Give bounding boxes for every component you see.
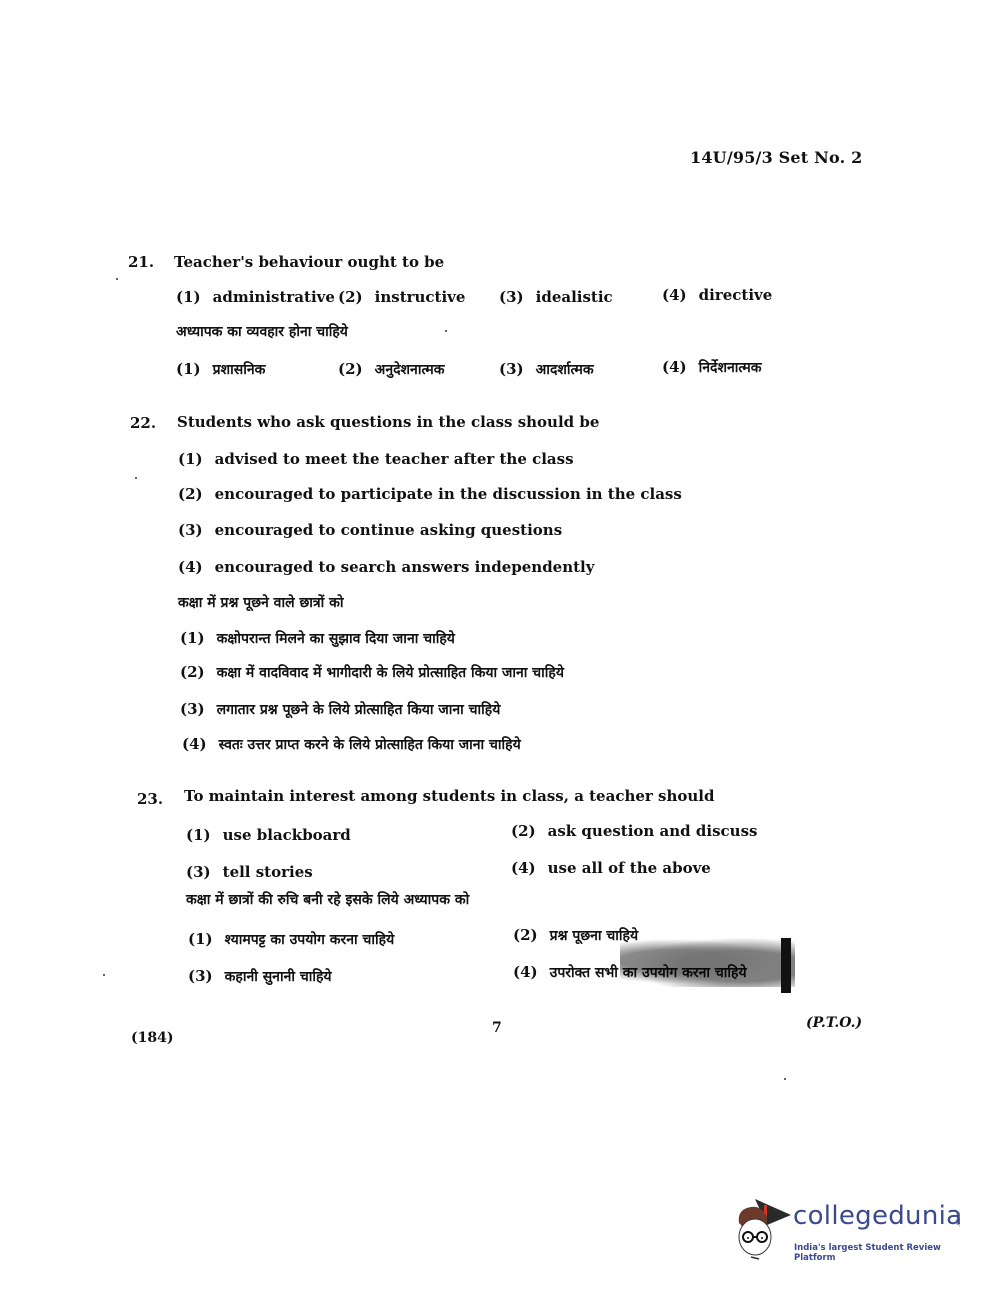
option-hi-2: (2)कक्षा में वादविवाद में भागीदारी के लि… bbox=[180, 663, 564, 682]
scan-dot bbox=[103, 974, 105, 976]
option-hi-1: (1)प्रशासनिक bbox=[176, 360, 265, 379]
option-hi-1: (1)श्यामपट्ट का उपयोग करना चाहिये bbox=[188, 930, 394, 949]
scan-mark bbox=[781, 938, 791, 993]
option-en-1: (1)advised to meet the teacher after the… bbox=[178, 450, 574, 468]
option-en-2: (2)encouraged to participate in the disc… bbox=[178, 485, 682, 503]
option-hi-3: (3)लगातार प्रश्न पूछने के लिये प्रोत्साह… bbox=[180, 700, 500, 719]
pto-label: (P.T.O.) bbox=[806, 1015, 862, 1031]
scan-dot bbox=[135, 477, 137, 479]
option-en-1: (1)use blackboard bbox=[186, 826, 351, 844]
option-en-1: (1)administrative bbox=[176, 288, 335, 306]
option-hi-3: (3)आदर्शात्मक bbox=[499, 360, 594, 379]
option-en-4: (4)use all of the above bbox=[511, 859, 711, 877]
option-en-3: (3)encouraged to continue asking questio… bbox=[178, 521, 562, 539]
question-text-en: Students who ask questions in the class … bbox=[177, 413, 599, 431]
scan-dot bbox=[116, 278, 118, 280]
brand-suffix: .com bbox=[955, 1212, 962, 1227]
question-number: 21. bbox=[128, 253, 154, 271]
option-en-2: (2)ask question and discuss bbox=[511, 822, 757, 840]
question-text-hi: अध्यापक का व्यवहार होना चाहिये bbox=[176, 322, 348, 341]
scan-dot bbox=[445, 330, 447, 332]
brand-name: collegedunia bbox=[793, 1201, 962, 1231]
option-hi-3: (3)कहानी सुनानी चाहिये bbox=[188, 967, 332, 986]
option-en-4: (4)directive bbox=[662, 286, 772, 304]
question-text-hi: कक्षा में छात्रों की रुचि बनी रहे इसके ल… bbox=[186, 890, 469, 909]
option-hi-4: (4)स्वतः उत्तर प्राप्त करने के लिये प्रो… bbox=[182, 735, 521, 754]
question-text-hi: कक्षा में प्रश्न पूछने वाले छात्रों को bbox=[178, 593, 344, 612]
paper-code: 14U/95/3 Set No. 2 bbox=[690, 148, 862, 167]
question-number: 22. bbox=[130, 414, 156, 432]
option-hi-4: (4)निर्देशनात्मक bbox=[662, 358, 761, 377]
paper-serial: (184) bbox=[131, 1030, 173, 1046]
mascot-icon bbox=[733, 1195, 791, 1261]
question-text-en: To maintain interest among students in c… bbox=[184, 787, 714, 805]
question-text-en: Teacher's behaviour ought to be bbox=[174, 253, 444, 271]
option-hi-2: (2)अनुदेशनात्मक bbox=[338, 360, 445, 379]
collegedunia-watermark: collegedunia .com India's largest Studen… bbox=[733, 1195, 963, 1265]
page-number: 7 bbox=[492, 1020, 502, 1036]
scan-smudge bbox=[620, 935, 795, 987]
scan-dot bbox=[784, 1078, 786, 1080]
question-number: 23. bbox=[137, 790, 163, 808]
option-en-3: (3)tell stories bbox=[186, 863, 313, 881]
option-hi-1: (1)कक्षोपरान्त मिलने का सुझाव दिया जाना … bbox=[180, 629, 455, 648]
option-en-3: (3)idealistic bbox=[499, 288, 613, 306]
brand-tagline: India's largest Student Review Platform bbox=[794, 1243, 963, 1263]
option-en-2: (2)instructive bbox=[338, 288, 465, 306]
option-en-4: (4)encouraged to search answers independ… bbox=[178, 558, 594, 576]
